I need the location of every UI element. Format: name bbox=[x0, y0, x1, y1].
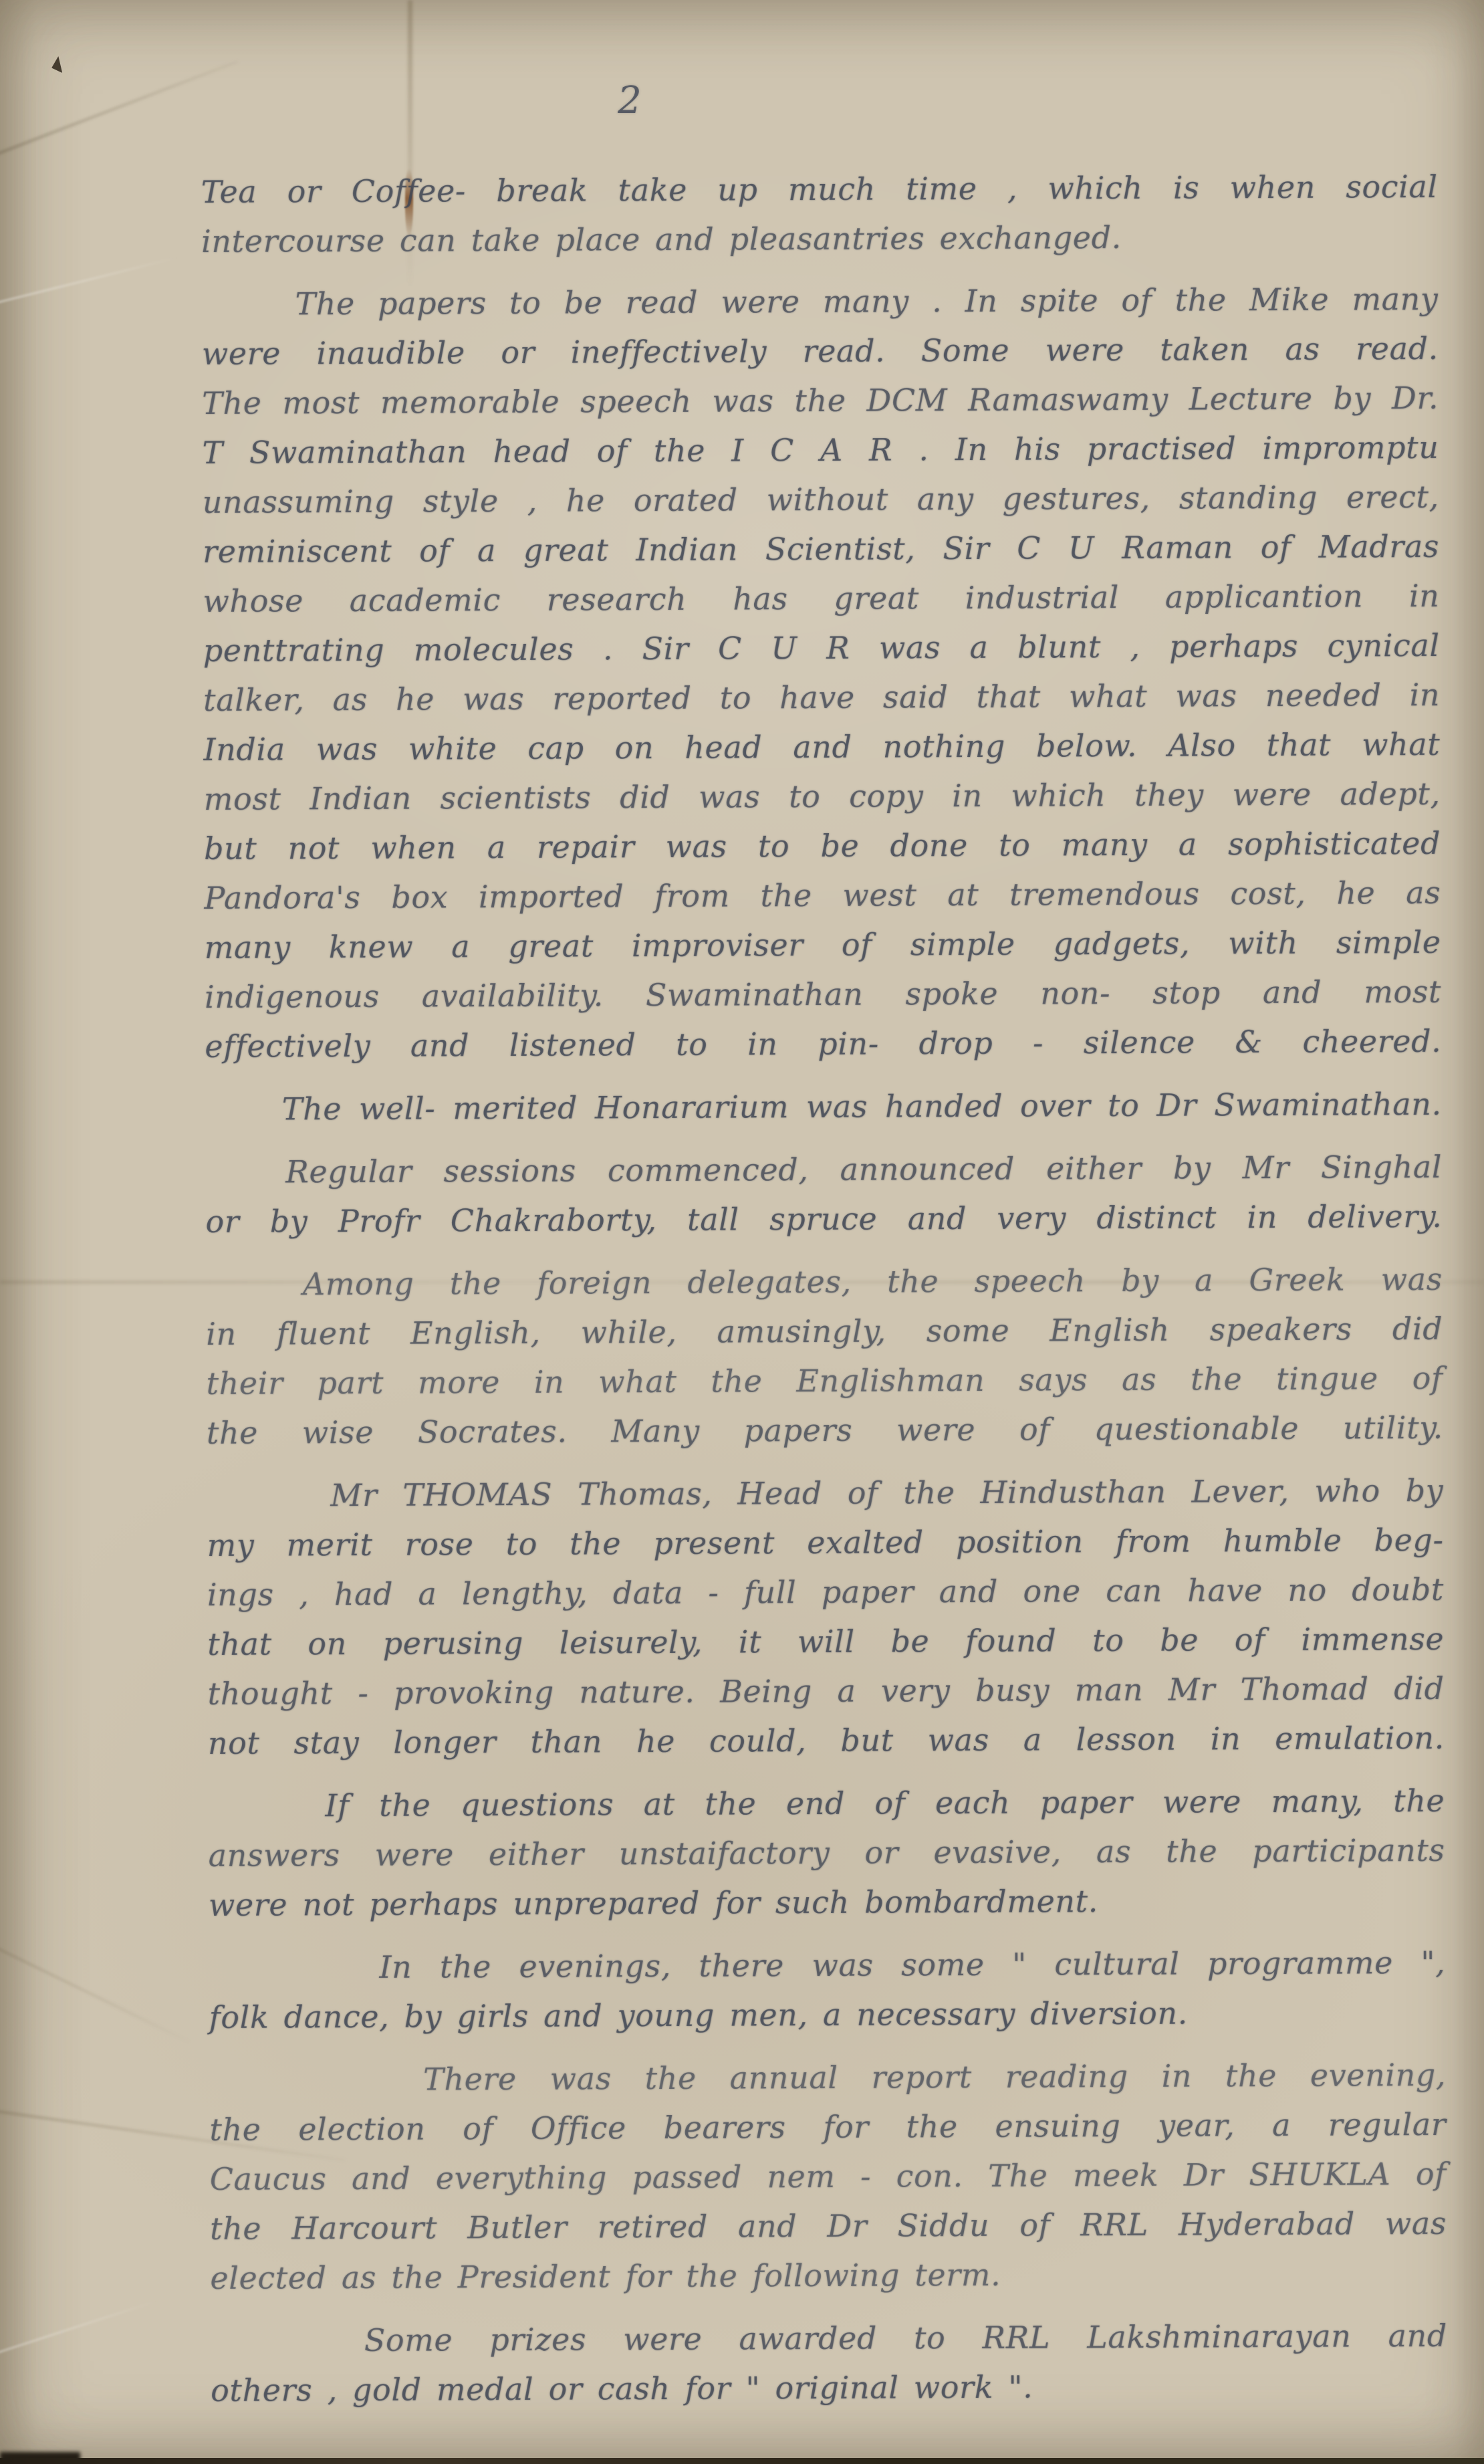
text-line: In the evenings, there was some " cultur… bbox=[209, 1938, 1445, 1993]
text-line: but not when a repair was to be done to … bbox=[204, 818, 1441, 873]
paragraph: Some prizes were awarded to RRL Lakshmin… bbox=[211, 2311, 1448, 2415]
paper-crease bbox=[0, 1944, 190, 2043]
scan-edge-shadow bbox=[0, 2452, 80, 2464]
paper-crease bbox=[0, 2300, 156, 2356]
text-line: answers were either unstaifactory or eva… bbox=[208, 1825, 1445, 1880]
text-line: my merit rose to the present exalted pos… bbox=[207, 1515, 1443, 1570]
text-line: Caucus and everything passed nem - con. … bbox=[210, 2149, 1447, 2204]
text-line: Among the foreign delegates, the speech … bbox=[206, 1254, 1443, 1309]
text-line: thought - provoking nature. Being a very… bbox=[207, 1664, 1444, 1718]
text-line: penttrating molecules . Sir C U R was a … bbox=[203, 621, 1440, 675]
text-line: intercourse can take place and pleasantr… bbox=[201, 211, 1438, 266]
text-line: Mr THOMAS Thomas, Head of the Hindusthan… bbox=[207, 1466, 1443, 1521]
text-line: their part more in what the Englishman s… bbox=[206, 1353, 1443, 1408]
text-line: indigenous availability. Swaminathan spo… bbox=[205, 967, 1441, 1022]
text-line: were inaudible or ineffectively read. So… bbox=[202, 324, 1439, 378]
paper-crease bbox=[0, 257, 178, 307]
text-line: reminiscent of a great Indian Scientist,… bbox=[203, 522, 1439, 576]
text-line: the election of Office bearers for the e… bbox=[209, 2100, 1446, 2154]
text-line: whose academic research has great indust… bbox=[203, 571, 1439, 626]
paragraph: Mr THOMAS Thomas, Head of the Hindusthan… bbox=[207, 1466, 1445, 1768]
text-line: were not perhaps unprepared for such bom… bbox=[209, 1875, 1445, 1930]
text-line: many knew a great improviser of simple g… bbox=[205, 917, 1441, 972]
text-line: There was the annual report reading in t… bbox=[209, 2050, 1446, 2105]
text-line: others , gold medal or cash for " origin… bbox=[211, 2360, 1447, 2415]
text-line: effectively and listened to in pin- drop… bbox=[205, 1016, 1441, 1071]
typewritten-text: Tea or Coffee- break take up much time ,… bbox=[201, 162, 1448, 2429]
text-line: that on perusing leisurely, it will be f… bbox=[207, 1614, 1444, 1669]
text-line: in fluent English, while, amusingly, som… bbox=[206, 1304, 1443, 1359]
text-line: Some prizes were awarded to RRL Lakshmin… bbox=[211, 2311, 1447, 2366]
paragraph: In the evenings, there was some " cultur… bbox=[209, 1938, 1446, 2042]
text-line: the Harcourt Butler retired and Dr Siddu… bbox=[210, 2199, 1447, 2253]
text-line: The well- merited Honararium was handed … bbox=[205, 1079, 1442, 1134]
text-line: If the questions at the end of each pape… bbox=[208, 1776, 1445, 1831]
paragraph: Regular sessions commenced, announced ei… bbox=[205, 1142, 1443, 1246]
page-number: 2 bbox=[603, 79, 656, 122]
scanned-document-page: 2 Tea or Coffee- break take up much time… bbox=[0, 0, 1484, 2464]
text-line: folk dance, by girls and young men, a ne… bbox=[209, 1987, 1446, 2042]
text-line: The most memorable speech was the DCM Ra… bbox=[202, 373, 1439, 428]
text-line: Regular sessions commenced, announced ei… bbox=[205, 1142, 1442, 1197]
paragraph: Tea or Coffee- break take up much time ,… bbox=[201, 162, 1439, 266]
text-line: elected as the President for the followi… bbox=[210, 2248, 1447, 2303]
text-line: India was white cap on head and nothing … bbox=[203, 719, 1440, 774]
text-line: The papers to be read were many . In spi… bbox=[201, 274, 1438, 329]
paragraph: If the questions at the end of each pape… bbox=[208, 1776, 1445, 1930]
paragraph: The well- merited Honararium was handed … bbox=[205, 1079, 1442, 1134]
paper-damage-mark bbox=[51, 55, 64, 73]
paragraph: There was the annual report reading in t… bbox=[209, 2050, 1447, 2303]
text-line: most Indian scientists did was to copy i… bbox=[204, 769, 1441, 824]
scan-edge-shadow bbox=[0, 2458, 1484, 2464]
paper-crease bbox=[0, 60, 239, 163]
text-line: T Swaminathan head of the I C A R . In h… bbox=[202, 423, 1439, 477]
text-line: Pandora's box imported from the west at … bbox=[204, 868, 1441, 923]
text-line: not stay longer than he could, but was a… bbox=[208, 1713, 1445, 1768]
text-line: the wise Socrates. Many papers were of q… bbox=[207, 1403, 1443, 1458]
paragraph: The papers to be read were many . In spi… bbox=[201, 274, 1441, 1071]
text-line: or by Profr Chakraborty, tall spruce and… bbox=[205, 1192, 1442, 1246]
text-line: ings , had a lengthy, data - full paper … bbox=[207, 1565, 1444, 1619]
text-line: Tea or Coffee- break take up much time ,… bbox=[201, 162, 1438, 217]
text-line: unassuming style , he orated without any… bbox=[203, 472, 1439, 527]
text-line: talker, as he was reported to have said … bbox=[203, 670, 1440, 725]
paragraph: Among the foreign delegates, the speech … bbox=[206, 1254, 1443, 1458]
